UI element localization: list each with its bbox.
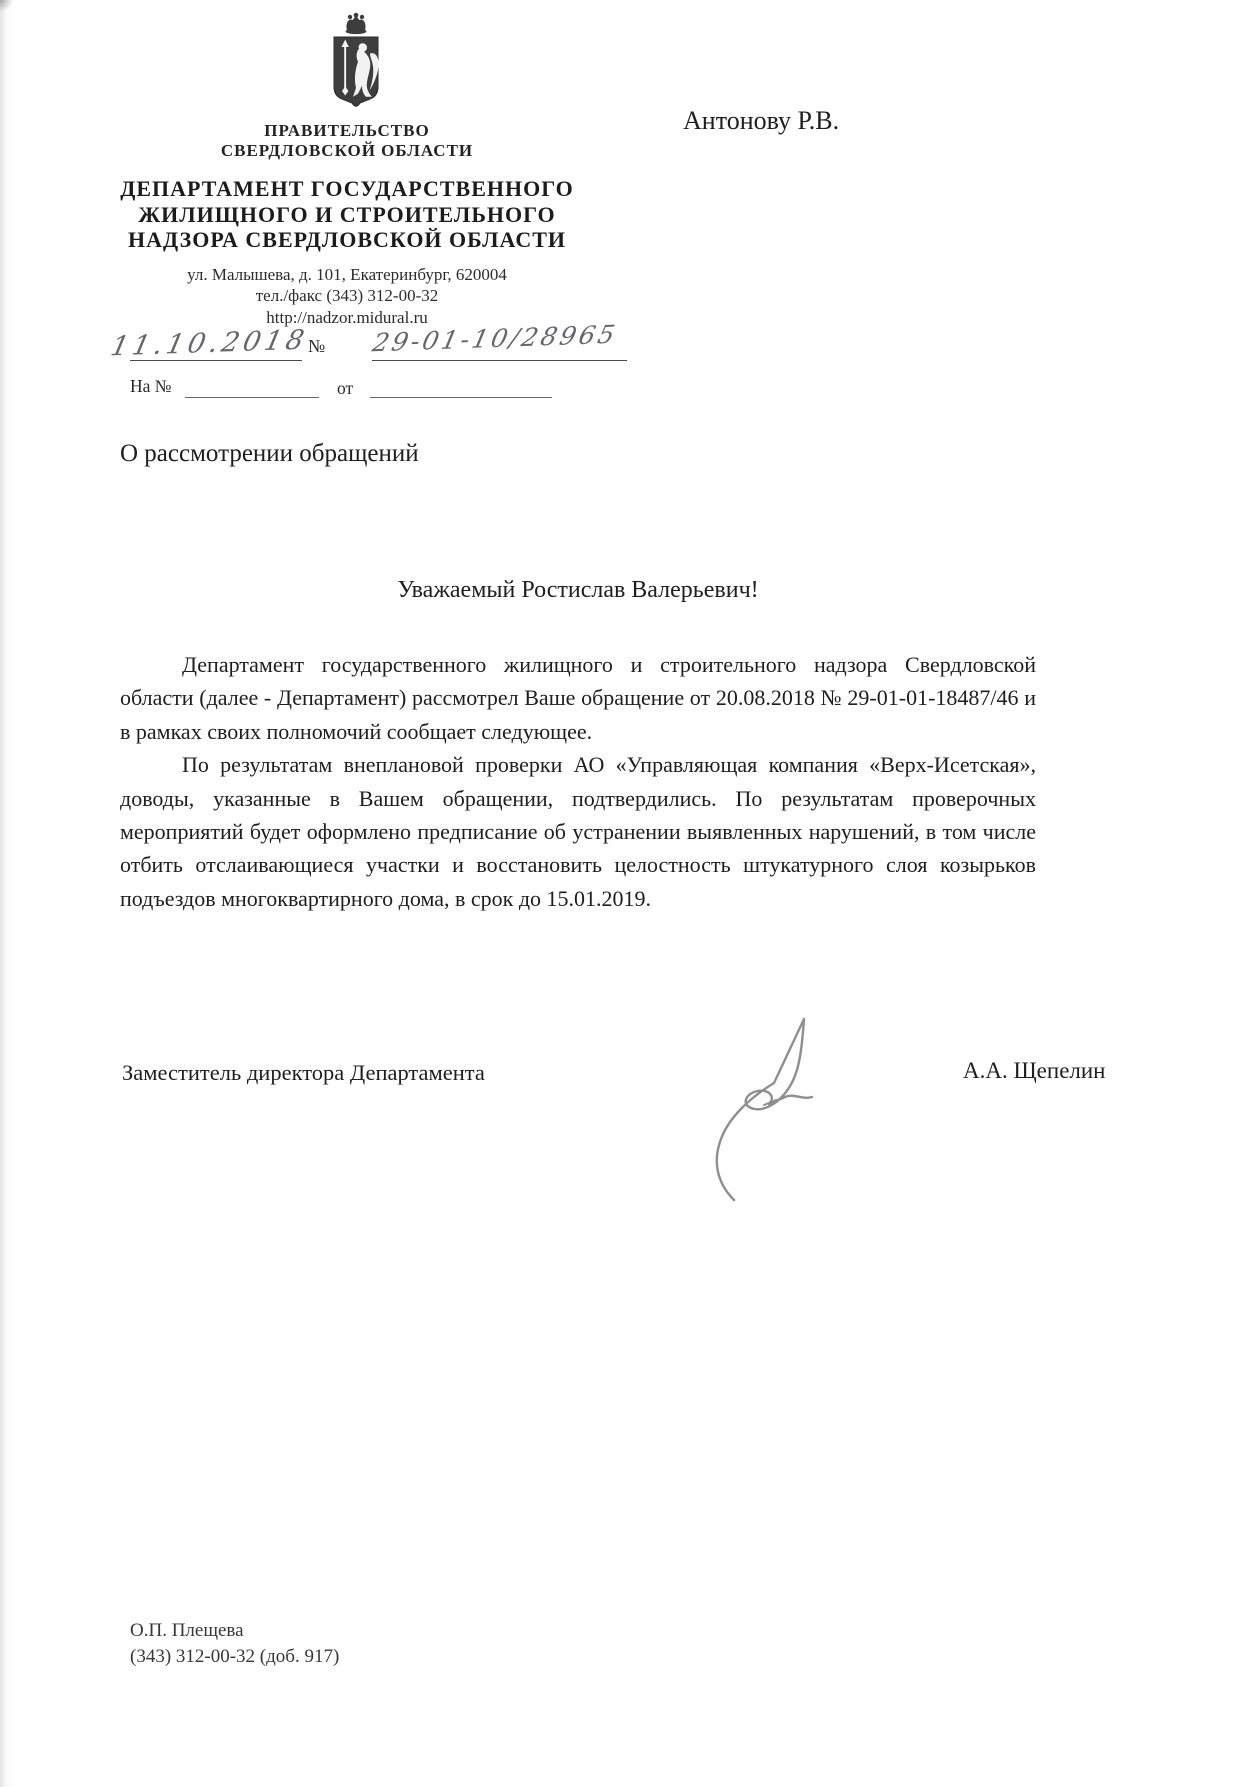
coat-of-arms-icon bbox=[325, 12, 387, 112]
letter-body: Департамент государственного жилищного и… bbox=[120, 648, 1036, 915]
recipient-name: Антонову Р.В. bbox=[683, 106, 839, 136]
department-line-1: ДЕПАРТАМЕНТ ГОСУДАРСТВЕННОГО bbox=[112, 176, 582, 202]
phone-fax: тел./факс (343) 312-00-32 bbox=[112, 285, 582, 307]
number-underline bbox=[372, 360, 627, 361]
government-line-2: СВЕРДЛОВСКОЙ ОБЛАСТИ bbox=[112, 141, 582, 161]
government-title: ПРАВИТЕЛЬСТВО СВЕРДЛОВСКОЙ ОБЛАСТИ bbox=[112, 121, 582, 161]
body-paragraph-1: Департамент государственного жилищного и… bbox=[120, 648, 1036, 748]
signer-position-title: Заместитель директора Департамента bbox=[122, 1060, 485, 1086]
postal-address: ул. Малышева, д. 101, Екатеринбург, 6200… bbox=[112, 264, 582, 286]
date-underline bbox=[130, 360, 302, 361]
incoming-date-underline bbox=[370, 397, 552, 398]
letter-scan-page: ПРАВИТЕЛЬСТВО СВЕРДЛОВСКОЙ ОБЛАСТИ ДЕПАР… bbox=[0, 0, 1238, 1787]
outgoing-reference-row: 11.10.2018 № 29-01-10/28965 bbox=[112, 328, 652, 370]
subject-line: О рассмотрении обращений bbox=[120, 440, 419, 468]
incoming-reference-row: На № от bbox=[112, 372, 652, 404]
department-line-3: НАДЗОРА СВЕРДЛОВСКОЙ ОБЛАСТИ bbox=[112, 227, 582, 253]
letterhead: ПРАВИТЕЛЬСТВО СВЕРДЛОВСКОЙ ОБЛАСТИ ДЕПАР… bbox=[112, 12, 582, 328]
executor-block: О.П. Плещева (343) 312-00-32 (доб. 917) bbox=[130, 1618, 339, 1670]
number-sign: № bbox=[308, 336, 325, 357]
government-line-1: ПРАВИТЕЛЬСТВО bbox=[112, 121, 582, 141]
department-line-2: ЖИЛИЩНОГО И СТРОИТЕЛЬНОГО bbox=[112, 202, 582, 228]
handwritten-date: 11.10.2018 bbox=[108, 325, 311, 363]
body-paragraph-2: По результатам внеплановой проверки АО «… bbox=[120, 748, 1036, 915]
incoming-from-label: от bbox=[337, 378, 353, 399]
contact-block: ул. Малышева, д. 101, Екатеринбург, 6200… bbox=[112, 264, 582, 329]
incoming-number-underline bbox=[185, 397, 319, 398]
signature-scribble bbox=[706, 1012, 846, 1207]
executor-name: О.П. Плещева bbox=[130, 1618, 339, 1644]
signer-name: А.А. Щепелин bbox=[963, 1058, 1106, 1084]
scan-edge-shadow bbox=[0, 0, 10, 1787]
executor-phone: (343) 312-00-32 (доб. 917) bbox=[130, 1644, 339, 1670]
department-title: ДЕПАРТАМЕНТ ГОСУДАРСТВЕННОГО ЖИЛИЩНОГО И… bbox=[112, 176, 582, 253]
incoming-number-label: На № bbox=[130, 376, 171, 397]
salutation: Уважаемый Ростислав Валерьевич! bbox=[120, 577, 1036, 604]
scan-corner-artifact bbox=[0, 0, 14, 12]
